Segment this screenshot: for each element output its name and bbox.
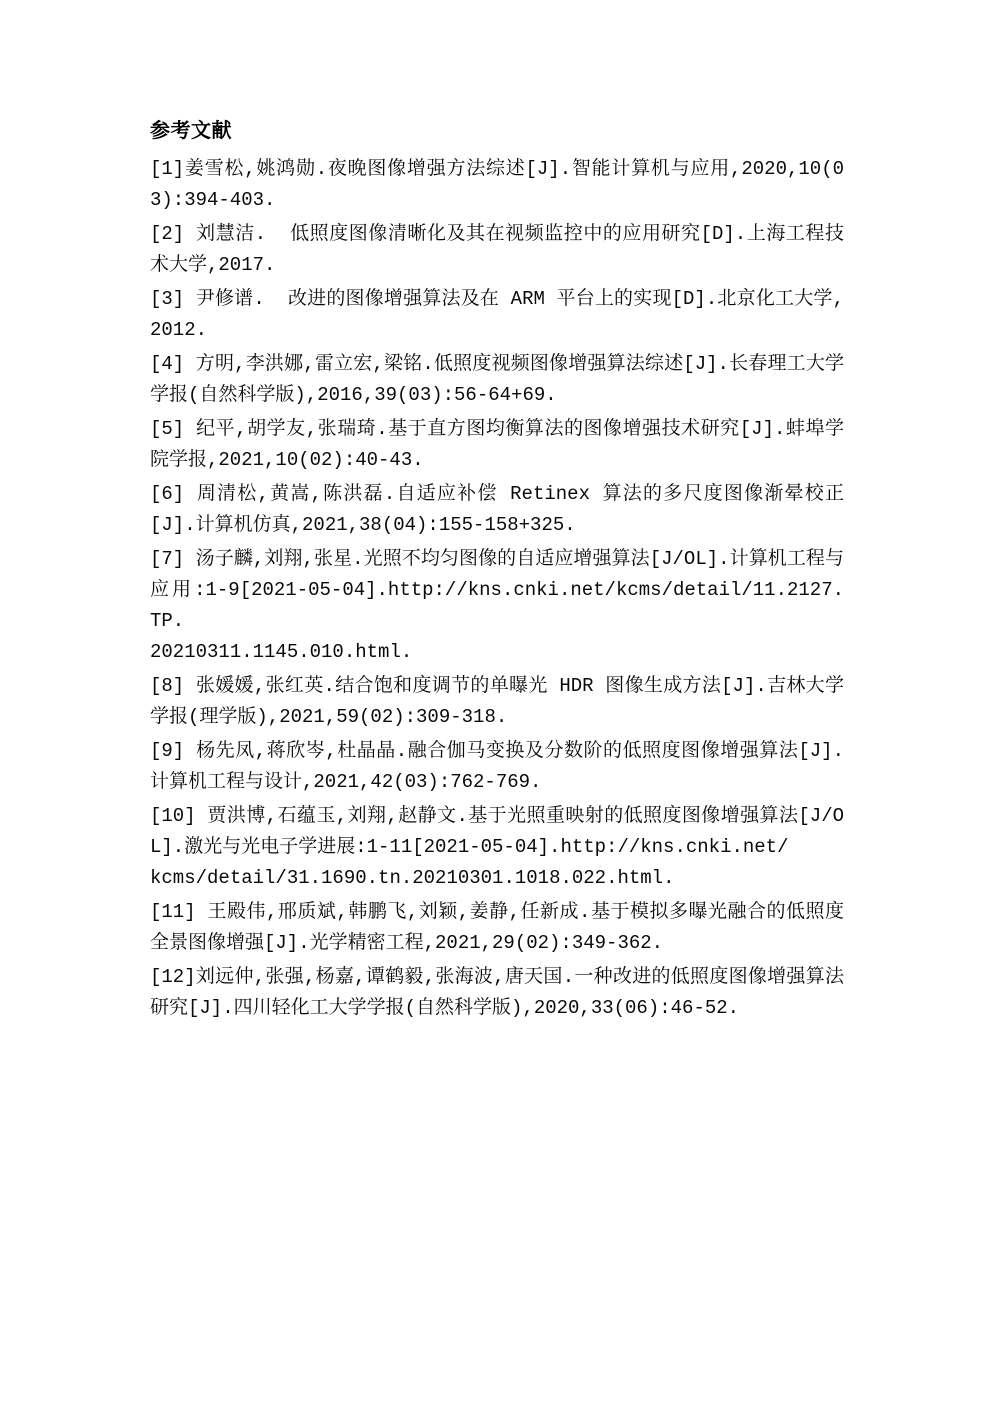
references-section: 参考文献 [1]姜雪松,姚鸿勋.夜晚图像增强方法综述[J].智能计算机与应用,2… bbox=[150, 118, 844, 1027]
document-page: 参考文献 [1]姜雪松,姚鸿勋.夜晚图像增强方法综述[J].智能计算机与应用,2… bbox=[0, 0, 992, 1403]
reference-item: [12]刘远仲,张强,杨嘉,谭鹤毅,张海波,唐天国.一种改进的低照度图像增强算法… bbox=[150, 962, 844, 1024]
reference-item: [9] 杨先凤,蒋欣岑,杜晶晶.融合伽马变换及分数阶的低照度图像增强算法[J].… bbox=[150, 736, 844, 798]
reference-item: [8] 张媛媛,张红英.结合饱和度调节的单曝光 HDR 图像生成方法[J].吉林… bbox=[150, 671, 844, 733]
reference-item: [6] 周清松,黄嵩,陈洪磊.自适应补偿 Retinex 算法的多尺度图像渐晕校… bbox=[150, 479, 844, 541]
reference-item: [1]姜雪松,姚鸿勋.夜晚图像增强方法综述[J].智能计算机与应用,2020,1… bbox=[150, 154, 844, 216]
section-title: 参考文献 bbox=[150, 118, 844, 148]
reference-item: [3] 尹修谱. 改进的图像增强算法及在 ARM 平台上的实现[D].北京化工大… bbox=[150, 284, 844, 346]
reference-item: [4] 方明,李洪娜,雷立宏,梁铭.低照度视频图像增强算法综述[J].长春理工大… bbox=[150, 349, 844, 411]
reference-item: [2] 刘慧洁. 低照度图像清晰化及其在视频监控中的应用研究[D].上海工程技术… bbox=[150, 219, 844, 281]
reference-item: [5] 纪平,胡学友,张瑞琦.基于直方图均衡算法的图像增强技术研究[J].蚌埠学… bbox=[150, 414, 844, 476]
reference-item: [10] 贾洪博,石蕴玉,刘翔,赵静文.基于光照重映射的低照度图像增强算法[J/… bbox=[150, 801, 844, 894]
reference-item: [7] 汤子麟,刘翔,张星.光照不均匀图像的自适应增强算法[J/OL].计算机工… bbox=[150, 544, 844, 668]
reference-list: [1]姜雪松,姚鸿勋.夜晚图像增强方法综述[J].智能计算机与应用,2020,1… bbox=[150, 154, 844, 1024]
reference-item: [11] 王殿伟,邢质斌,韩鹏飞,刘颖,姜静,任新成.基于模拟多曝光融合的低照度… bbox=[150, 897, 844, 959]
